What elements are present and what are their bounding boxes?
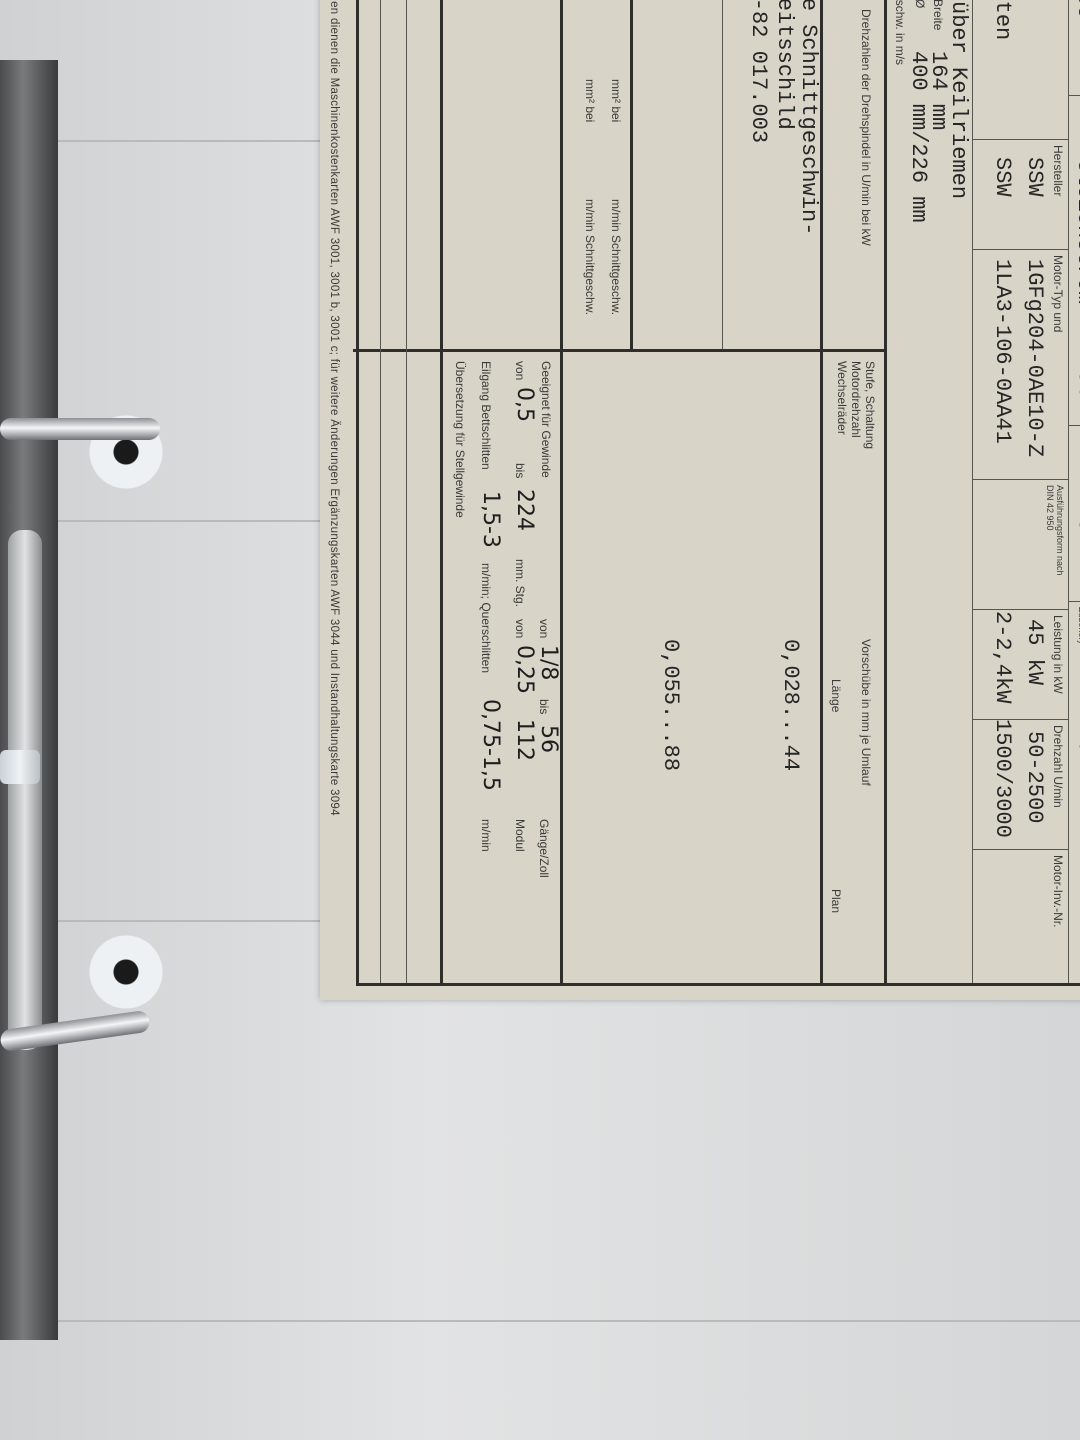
col-ausfuehrung: Ausführungsform nach DIN 42 950 (1045, 485, 1065, 585)
card-frame: Flächenbedarf 10 m. 3,25 m Höhe 1,94 m G… (356, 0, 1080, 986)
label-plan: Plan (829, 889, 843, 913)
ring-binder-mechanism (0, 60, 58, 1340)
cell-motor-typ: 1GFg204-0AE10-Z (1022, 259, 1047, 457)
label-von: von (513, 361, 527, 380)
label-eilgang: Eilgang Bettschlitten (479, 361, 493, 470)
label-von: von (537, 619, 551, 638)
value-querschlitten: 0,75-1,5 (478, 699, 503, 791)
value-gesamtleistung: 51 (1074, 519, 1080, 547)
cell-hersteller: SSW (990, 157, 1015, 197)
col-hersteller: Hersteller (1051, 145, 1065, 196)
value-vorschub-plan: 0,028...44 (778, 639, 803, 771)
label-laenge-vorschub: Länge (829, 679, 843, 712)
label-riemengeschw: Riemengeschw. in m/s (893, 0, 907, 65)
value-modul-von: 0,25 (512, 645, 537, 694)
value-spannung: 380 (1072, 0, 1080, 19)
label-mm2: mm² bei (609, 79, 623, 122)
label-stufe-schaltung-vorschub: Stufe, Schaltung Motordrehzahl Wechselrä… (835, 361, 877, 511)
unit-mm-stg: mm. Stg. (513, 559, 527, 607)
cell-drehzahl: 1500/3000 (990, 719, 1015, 838)
col-motor-typ: Motor-Typ und (1051, 255, 1065, 332)
unit-m-min: m/min (479, 819, 493, 852)
cell-drehzahl: 50-2500 (1022, 731, 1047, 823)
punch-hole (88, 934, 164, 1010)
cell-motor-fuer: Eilgang-Bettschlitten (990, 0, 1015, 40)
card-footer: Für Abschreibungen dienen die Maschinenk… (328, 0, 340, 986)
machine-card: Rand zum Ankleben von Ergänzungskarten o… (320, 0, 1080, 1000)
label-schnittgeschw: m/min Schnittgeschw. (583, 199, 597, 315)
cell-leistung: 45 kW (1022, 619, 1047, 685)
label-mm2: mm² bei (583, 79, 597, 122)
cell-hersteller: SSW (1022, 157, 1047, 197)
cell-leistung: 2-2,4kW (990, 611, 1015, 703)
value-stromart: Gleichstrom (1072, 159, 1080, 304)
value-modul-bis: 112 (512, 719, 537, 761)
label-stellgewinde: Übersetzung für Stellgewinde (453, 361, 467, 518)
drehzahlen-title: Drehzahlen der Drehspindel in U/min bei … (859, 9, 873, 246)
label-scheiben-breite: Scheiben-Breite (931, 0, 945, 30)
label-gewinde: Geeignet für Gewinde (539, 361, 553, 478)
unit-modul: Modul (513, 819, 527, 852)
value-gewinde-bis: 224 (512, 489, 537, 531)
value-gewinde-von: 0,5 (512, 387, 537, 422)
note-schnittgeschwindigkeit: siehe Schnittgeschwin- (796, 0, 821, 235)
col-motor-inv-nr: Motor-Inv.-Nr. (1051, 855, 1065, 927)
cell-motor-typ: 1LA3-106-0AA41 (990, 259, 1015, 444)
unit-eilgang: m/min; Querschlitten (479, 563, 493, 673)
value-gaenge-bis: 56 (536, 725, 561, 753)
col-leistung: Leistung in kW (1051, 615, 1065, 694)
label-bis: bis (513, 463, 527, 478)
col-drehzahl: Drehzahl U/min (1051, 725, 1065, 808)
note-schild: digkeitsschild (772, 0, 797, 130)
value-code: 1812-82 017.003 (746, 0, 771, 143)
value-vorschub-laenge: 0,055...88 (658, 639, 683, 771)
unit-gaenge-zoll: Gänge/Zoll (537, 819, 551, 878)
value-riemen-ketten: 6 (1074, 739, 1080, 753)
binder-ring[interactable] (0, 418, 160, 440)
value-eilgang: 1,5-3 (478, 491, 503, 548)
vorschuebe-title: Vorschübe in mm je Umlauf (859, 639, 873, 786)
value-gaenge-von: 1/8 (536, 645, 561, 680)
value-scheiben-durchmesser: 400 mm/226 mm (906, 51, 931, 223)
value-frequenz: 50 (1074, 371, 1080, 399)
label-bis: bis (537, 699, 551, 714)
label-schnittgeschw: m/min Schnittgeschw. (609, 199, 623, 315)
label-von: von (513, 619, 527, 638)
label-scheiben-durchmesser: Scheiben-Ø (913, 0, 927, 8)
